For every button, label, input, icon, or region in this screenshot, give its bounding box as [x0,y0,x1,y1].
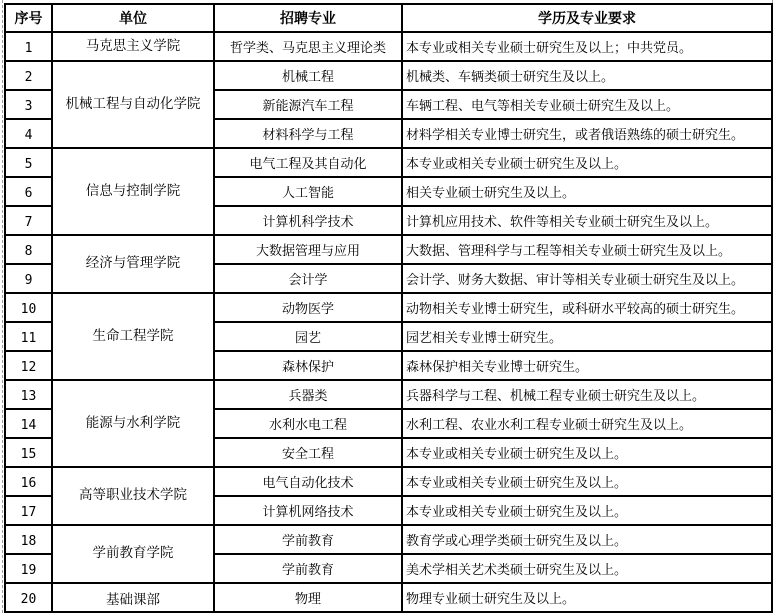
header-index: 序号 [5,4,52,32]
cell-major[interactable]: 计算机网络技术 [214,496,402,525]
cell-requirement[interactable]: 水利工程、农业水利工程专业硕士研究生及以上。 [402,409,772,438]
cell-index[interactable]: 15 [5,438,52,467]
table-row: 16 高等职业技术学院 电气自动化技术 本专业或相关专业硕士研究生及以上。 [5,467,772,496]
cell-index[interactable]: 13 [5,380,52,409]
cell-requirement[interactable]: 森林保护相关专业博士研究生。 [402,351,772,380]
cell-requirement[interactable]: 本专业或相关专业硕士研究生及以上。 [402,467,772,496]
cell-requirement[interactable]: 本专业或相关专业硕士研究生及以上。 [402,148,772,177]
cell-unit[interactable]: 高等职业技术学院 [52,467,214,525]
cell-unit[interactable]: 马克思主义学院 [52,32,214,61]
cell-index[interactable]: 17 [5,496,52,525]
cell-requirement[interactable]: 园艺相关专业博士研究生。 [402,322,772,351]
cell-major[interactable]: 物理 [214,583,402,612]
cell-major[interactable]: 大数据管理与应用 [214,235,402,264]
table-row: 13 能源与水利学院 兵器类 兵器科学与工程、机械工程专业硕士研究生及以上。 [5,380,772,409]
cell-index[interactable]: 5 [5,148,52,177]
header-unit: 单位 [52,4,214,32]
cell-unit[interactable]: 信息与控制学院 [52,148,214,235]
cell-major[interactable]: 新能源汽车工程 [214,90,402,119]
cell-index[interactable]: 20 [5,583,52,612]
cell-unit[interactable]: 经济与管理学院 [52,235,214,293]
cell-index[interactable]: 1 [5,32,52,61]
cell-major[interactable]: 机械工程 [214,61,402,90]
cell-index[interactable]: 19 [5,554,52,583]
cell-index[interactable]: 9 [5,264,52,293]
cell-requirement[interactable]: 兵器科学与工程、机械工程专业硕士研究生及以上。 [402,380,772,409]
cell-major[interactable]: 计算机科学技术 [214,206,402,235]
cell-index[interactable]: 10 [5,293,52,322]
cell-requirement[interactable]: 材料学相关专业博士研究生，或者俄语熟练的硕士研究生。 [402,119,772,148]
cell-index[interactable]: 7 [5,206,52,235]
cell-major[interactable]: 材料科学与工程 [214,119,402,148]
cell-major[interactable]: 安全工程 [214,438,402,467]
table-row: 2 机械工程与自动化学院 机械工程 机械类、车辆类硕士研究生及以上。 [5,61,772,90]
cell-index[interactable]: 18 [5,525,52,554]
table-row: 8 经济与管理学院 大数据管理与应用 大数据、管理科学与工程等相关专业硕士研究生… [5,235,772,264]
cell-index[interactable]: 6 [5,177,52,206]
cell-major[interactable]: 会计学 [214,264,402,293]
cell-unit[interactable]: 学前教育学院 [52,525,214,583]
cell-requirement[interactable]: 教育学或心理学类硕士研究生及以上。 [402,525,772,554]
cell-major[interactable]: 人工智能 [214,177,402,206]
cell-index[interactable]: 4 [5,119,52,148]
table-row: 20 基础课部 物理 物理专业硕士研究生及以上。 [5,583,772,612]
cell-index[interactable]: 3 [5,90,52,119]
table-row: 5 信息与控制学院 电气工程及其自动化 本专业或相关专业硕士研究生及以上。 [5,148,772,177]
table-row: 10 生命工程学院 动物医学 动物相关专业博士研究生，或科研水平较高的硕士研究生… [5,293,772,322]
cell-unit[interactable]: 机械工程与自动化学院 [52,61,214,148]
header-major: 招聘专业 [214,4,402,32]
table-body: 1 马克思主义学院 哲学类、马克思主义理论类 本专业或相关专业硕士研究生及以上；… [5,32,772,612]
cell-requirement[interactable]: 动物相关专业博士研究生，或科研水平较高的硕士研究生。 [402,293,772,322]
cell-requirement[interactable]: 机械类、车辆类硕士研究生及以上。 [402,61,772,90]
cell-requirement[interactable]: 车辆工程、电气等相关专业硕士研究生及以上。 [402,90,772,119]
cell-major[interactable]: 水利水电工程 [214,409,402,438]
cell-major[interactable]: 兵器类 [214,380,402,409]
cell-major[interactable]: 哲学类、马克思主义理论类 [214,32,402,61]
cell-index[interactable]: 14 [5,409,52,438]
table-row: 1 马克思主义学院 哲学类、马克思主义理论类 本专业或相关专业硕士研究生及以上；… [5,32,772,61]
cell-requirement[interactable]: 本专业或相关专业硕士研究生及以上。 [402,496,772,525]
cell-requirement[interactable]: 相关专业硕士研究生及以上。 [402,177,772,206]
cell-requirement[interactable]: 大数据、管理科学与工程等相关专业硕士研究生及以上。 [402,235,772,264]
cell-index[interactable]: 2 [5,61,52,90]
cell-index[interactable]: 8 [5,235,52,264]
recruitment-table: 序号 单位 招聘专业 学历及专业要求 1 马克思主义学院 哲学类、马克思主义理论… [4,3,773,613]
cell-index[interactable]: 11 [5,322,52,351]
cell-requirement[interactable]: 计算机应用技术、软件等相关专业硕士研究生及以上。 [402,206,772,235]
cell-unit[interactable]: 能源与水利学院 [52,380,214,467]
cell-unit[interactable]: 生命工程学院 [52,293,214,380]
cell-major[interactable]: 园艺 [214,322,402,351]
header-row: 序号 单位 招聘专业 学历及专业要求 [5,4,772,32]
cell-major[interactable]: 动物医学 [214,293,402,322]
cell-index[interactable]: 12 [5,351,52,380]
cell-requirement[interactable]: 会计学、财务大数据、审计等相关专业硕士研究生及以上。 [402,264,772,293]
cell-major[interactable]: 电气工程及其自动化 [214,148,402,177]
table-row: 18 学前教育学院 学前教育 教育学或心理学类硕士研究生及以上。 [5,525,772,554]
cell-unit[interactable]: 基础课部 [52,583,214,612]
cell-major[interactable]: 森林保护 [214,351,402,380]
cell-requirement[interactable]: 美术学相关艺术类硕士研究生及以上。 [402,554,772,583]
cell-major[interactable]: 电气自动化技术 [214,467,402,496]
cell-major[interactable]: 学前教育 [214,554,402,583]
cell-index[interactable]: 16 [5,467,52,496]
cell-requirement[interactable]: 物理专业硕士研究生及以上。 [402,583,772,612]
cell-requirement[interactable]: 本专业或相关专业硕士研究生及以上。 [402,438,772,467]
cell-major[interactable]: 学前教育 [214,525,402,554]
header-requirement: 学历及专业要求 [402,4,772,32]
cell-requirement[interactable]: 本专业或相关专业硕士研究生及以上；中共党员。 [402,32,772,61]
